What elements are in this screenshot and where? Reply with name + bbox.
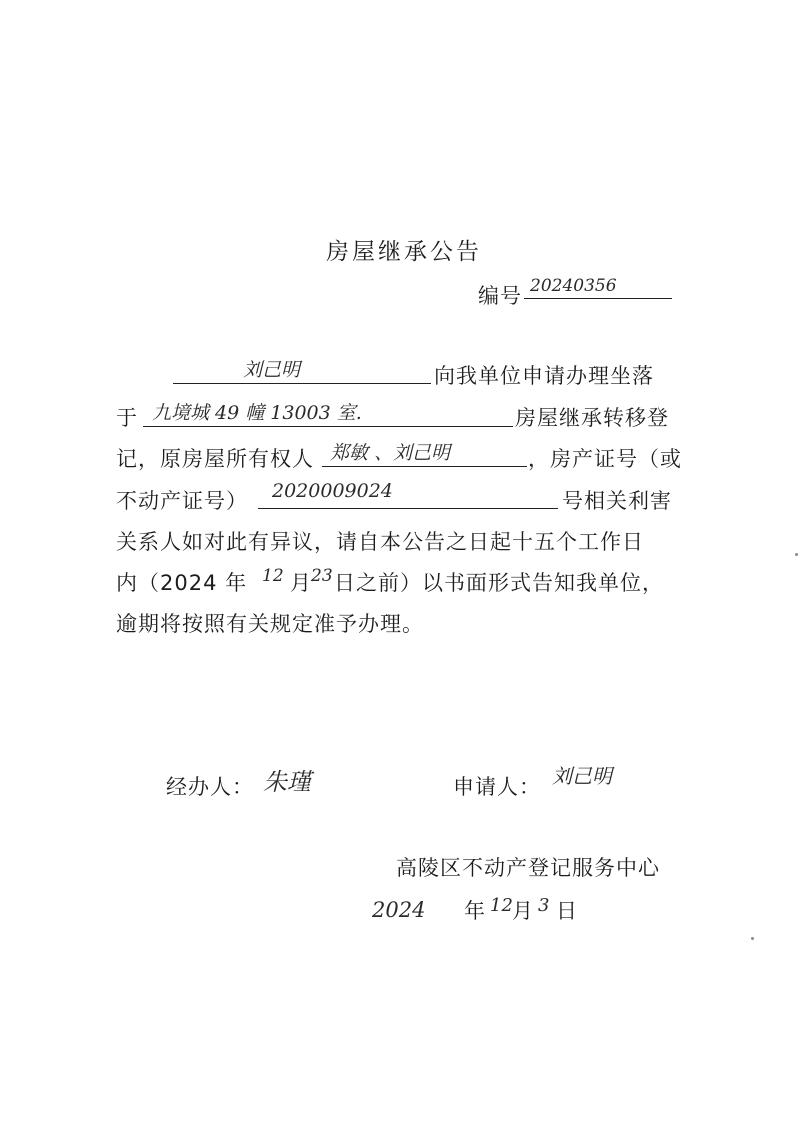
document-title: 房屋继承公告 (326, 233, 482, 266)
serial-label: 编号 (478, 280, 522, 310)
certificate-underline (258, 508, 558, 509)
date-day-label: 日 (556, 895, 578, 925)
serial-underline (524, 298, 672, 299)
original-owners-field: 郑敏 、刘己明 (330, 438, 450, 465)
applicant-signature: 刘己明 (552, 760, 612, 789)
location-underline (143, 426, 513, 427)
applicant-field: 刘己明 (243, 355, 300, 382)
location-field: 九境城 49 幢 13003 室. (152, 398, 362, 425)
owners-underline (322, 466, 527, 467)
certificate-field: 2020009024 (272, 480, 393, 502)
body-line1-suffix: 向我单位申请办理坐落 (434, 360, 654, 390)
organization-name: 高陵区不动产登记服务中心 (396, 852, 660, 882)
body-line2-prefix: 于 (116, 402, 138, 432)
date-month: 12 (490, 895, 513, 916)
deadline-day: 23 (311, 566, 333, 586)
body-line5: 关系人如对此有异议，请自本公告之日起十五个工作日 (116, 526, 644, 556)
date-month-label: 月 (512, 895, 534, 925)
body-line4-suffix: 号相关利害 (562, 485, 672, 515)
deadline-month: 12 (262, 566, 284, 586)
body-line4-prefix: 不动产证号） (116, 485, 248, 515)
body-line6-month-label: 月 (290, 567, 312, 597)
body-line2-suffix: 房屋继承转移登 (515, 402, 669, 432)
body-line6-suffix: 日之前）以书面形式告知我单位， (334, 567, 664, 597)
date-year-label: 年 (464, 895, 486, 925)
applicant-label: 申请人： (453, 771, 541, 801)
handler-label: 经办人： (166, 771, 254, 801)
date-year: 2024 (372, 898, 425, 922)
body-line3-suffix: ，房产证号（或 (528, 443, 682, 473)
handler-signature: 朱瑾 (263, 762, 311, 797)
date-day: 3 (538, 895, 549, 916)
body-line3-prefix: 记，原房屋所有权人 (116, 443, 314, 473)
body-line6-prefix: 内（2024 年 (116, 567, 247, 597)
scan-speck (795, 553, 798, 556)
scan-speck (751, 937, 754, 940)
serial-value: 20240356 (530, 276, 617, 296)
body-line7: 逾期将按照有关规定准予办理。 (116, 608, 424, 638)
applicant-underline (173, 383, 431, 384)
